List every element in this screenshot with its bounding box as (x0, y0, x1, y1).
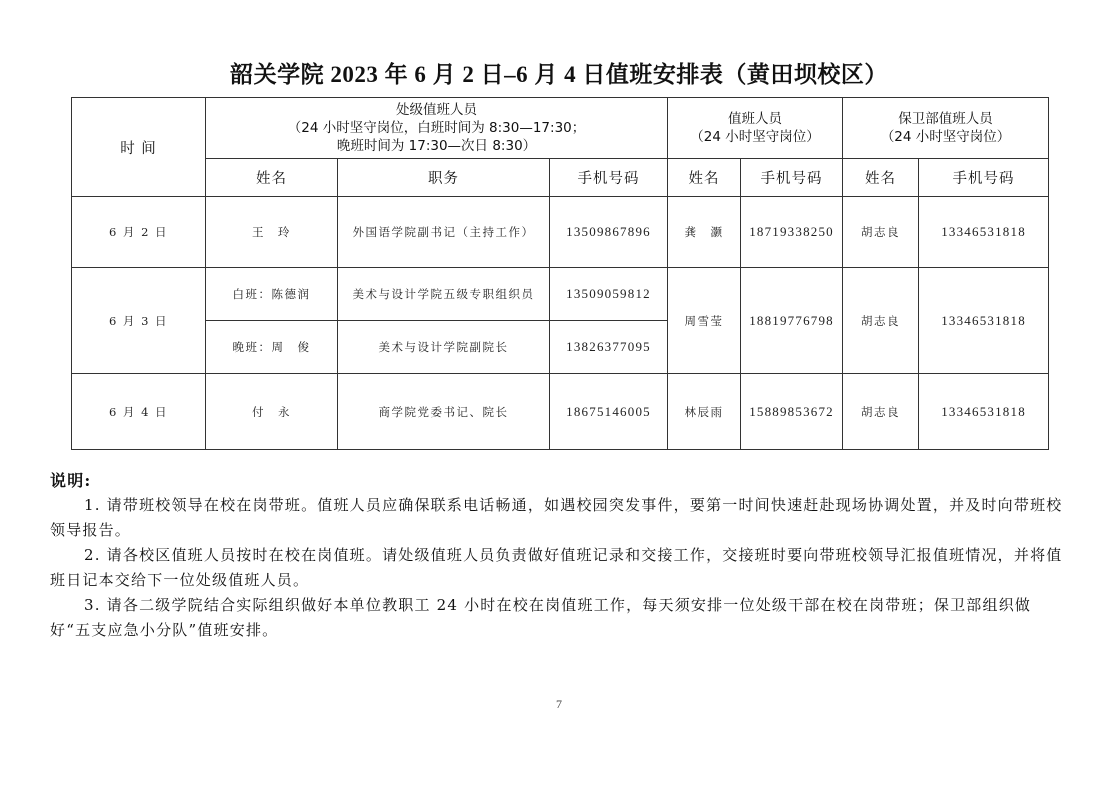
header-row-groups: 时 间 处级值班人员 （24 小时坚守岗位，白班时间为 8:30—17:30； … (72, 98, 1049, 159)
duty-phone: 18719338250 (741, 197, 843, 268)
header-duty-note: （24 小时坚守岗位） (668, 128, 842, 146)
division-position: 外国语学院副书记（主持工作） (338, 197, 550, 268)
header-time: 时 间 (72, 98, 206, 197)
table-row: 6 月 2 日 王 玲 外国语学院副书记（主持工作） 13509867896 龚… (72, 197, 1049, 268)
header-security-note: （24 小时坚守岗位） (843, 128, 1048, 146)
duty-phone: 15889853672 (741, 374, 843, 450)
header-division-note-2: 晚班时间为 17:30—次日 8:30） (206, 137, 667, 155)
duty-phone: 18819776798 (741, 268, 843, 374)
date-cell: 6 月 4 日 (72, 374, 206, 450)
duty-name: 龚 灏 (668, 197, 741, 268)
security-phone: 13346531818 (919, 197, 1049, 268)
page-number: 7 (0, 697, 1118, 712)
note-item-3: 3. 请各二级学院结合实际组织做好本单位教职工 24 小时在校在岗值班工作，每天… (50, 593, 1070, 643)
division-position-night-shift: 美术与设计学院副院长 (338, 321, 550, 374)
division-phone-day-shift: 13509059812 (550, 268, 668, 321)
duty-name: 周雪莹 (668, 268, 741, 374)
header-security-title: 保卫部值班人员 (843, 110, 1048, 128)
header-security-staff: 保卫部值班人员 （24 小时坚守岗位） (843, 98, 1049, 159)
col-header-name: 姓名 (206, 159, 338, 197)
division-position: 商学院党委书记、院长 (338, 374, 550, 450)
note-item-2: 2. 请各校区值班人员按时在校在岗值班。请处级值班人员负责做好值班记录和交接工作… (50, 543, 1070, 593)
header-division-note-1: （24 小时坚守岗位，白班时间为 8:30—17:30； (206, 119, 667, 137)
security-name: 胡志良 (843, 197, 919, 268)
division-name: 王 玲 (206, 197, 338, 268)
header-row-columns: 姓名 职务 手机号码 姓名 手机号码 姓名 手机号码 (72, 159, 1049, 197)
division-phone-night-shift: 13826377095 (550, 321, 668, 374)
header-duty-staff: 值班人员 （24 小时坚守岗位） (668, 98, 843, 159)
col-header-phone: 手机号码 (550, 159, 668, 197)
col-header-security-name: 姓名 (843, 159, 919, 197)
security-phone: 13346531818 (919, 374, 1049, 450)
division-position-day-shift: 美术与设计学院五级专职组织员 (338, 268, 550, 321)
header-duty-title: 值班人员 (668, 110, 842, 128)
note-item-1: 1. 请带班校领导在校在岗带班。值班人员应确保联系电话畅通，如遇校园突发事件，要… (50, 493, 1070, 543)
date-cell: 6 月 2 日 (72, 197, 206, 268)
col-header-position: 职务 (338, 159, 550, 197)
notes-section: 说明: 1. 请带班校领导在校在岗带班。值班人员应确保联系电话畅通，如遇校园突发… (50, 468, 1070, 643)
document-title: 韶关学院 2023 年 6 月 2 日–6 月 4 日值班安排表（黄田坝校区） (0, 56, 1118, 89)
table-row: 6 月 4 日 付 永 商学院党委书记、院长 18675146005 林辰雨 1… (72, 374, 1049, 450)
col-header-duty-phone: 手机号码 (741, 159, 843, 197)
col-header-security-phone: 手机号码 (919, 159, 1049, 197)
division-name-day-shift: 白班：陈德润 (206, 268, 338, 321)
col-header-duty-name: 姓名 (668, 159, 741, 197)
security-name: 胡志良 (843, 374, 919, 450)
division-phone: 18675146005 (550, 374, 668, 450)
header-division-staff: 处级值班人员 （24 小时坚守岗位，白班时间为 8:30—17:30； 晚班时间… (206, 98, 668, 159)
division-name: 付 永 (206, 374, 338, 450)
notes-heading: 说明: (50, 468, 1070, 493)
date-cell: 6 月 3 日 (72, 268, 206, 374)
header-division-title: 处级值班人员 (206, 101, 667, 119)
division-phone: 13509867896 (550, 197, 668, 268)
division-name-night-shift: 晚班：周 俊 (206, 321, 338, 374)
table-row: 6 月 3 日 白班：陈德润 美术与设计学院五级专职组织员 1350905981… (72, 268, 1049, 321)
duty-schedule-table: 时 间 处级值班人员 （24 小时坚守岗位，白班时间为 8:30—17:30； … (71, 97, 1049, 450)
duty-name: 林辰雨 (668, 374, 741, 450)
security-name: 胡志良 (843, 268, 919, 374)
security-phone: 13346531818 (919, 268, 1049, 374)
